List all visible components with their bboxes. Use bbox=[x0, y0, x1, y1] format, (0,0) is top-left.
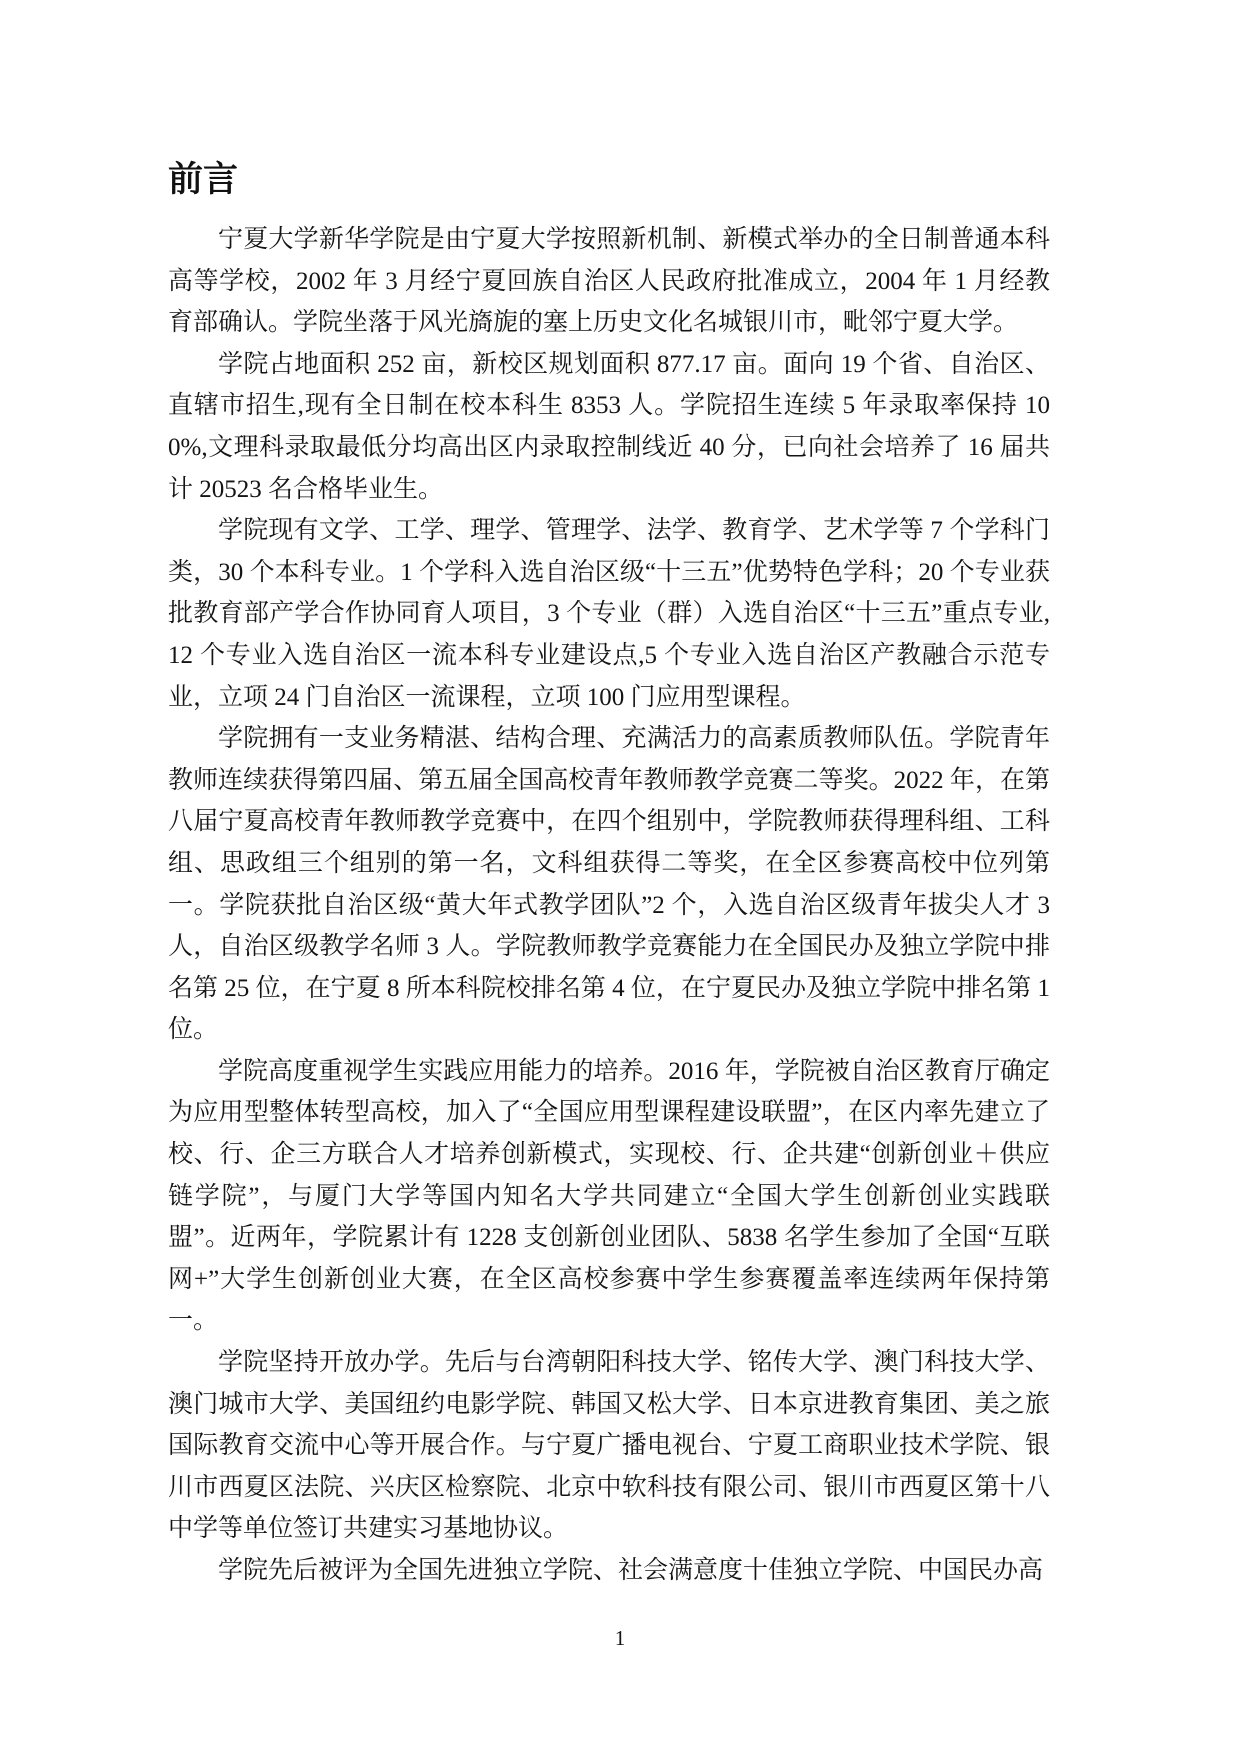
paragraph-faculty: 学院拥有一支业务精湛、结构合理、充满活力的高素质教师队伍。学院青年教师连续获得第… bbox=[168, 718, 1050, 1051]
page-number: 1 bbox=[0, 1626, 1240, 1651]
paragraph-disciplines: 学院现有文学、工学、理学、管理学、法学、教育学、艺术学等 7 个学科门类，30 … bbox=[168, 510, 1050, 718]
paragraph-campus-enrollment: 学院占地面积 252 亩，新校区规划面积 877.17 亩。面向 19 个省、自… bbox=[168, 344, 1050, 510]
paragraph-practice-education: 学院高度重视学生实践应用能力的培养。2016 年，学院被自治区教育厅确定为应用型… bbox=[168, 1051, 1050, 1342]
document-page: 前言 宁夏大学新华学院是由宁夏大学按照新机制、新模式举办的全日制普通本科高等学校… bbox=[0, 0, 1240, 1753]
paragraph-intro: 宁夏大学新华学院是由宁夏大学按照新机制、新模式举办的全日制普通本科高等学校，20… bbox=[168, 219, 1050, 344]
paragraph-cooperation: 学院坚持开放办学。先后与台湾朝阳科技大学、铭传大学、澳门科技大学、澳门城市大学、… bbox=[168, 1342, 1050, 1550]
document-body: 宁夏大学新华学院是由宁夏大学按照新机制、新模式举办的全日制普通本科高等学校，20… bbox=[168, 219, 1050, 1592]
paragraph-honors: 学院先后被评为全国先进独立学院、社会满意度十佳独立学院、中国民办高 bbox=[168, 1550, 1050, 1592]
page-title: 前言 bbox=[168, 162, 1050, 197]
